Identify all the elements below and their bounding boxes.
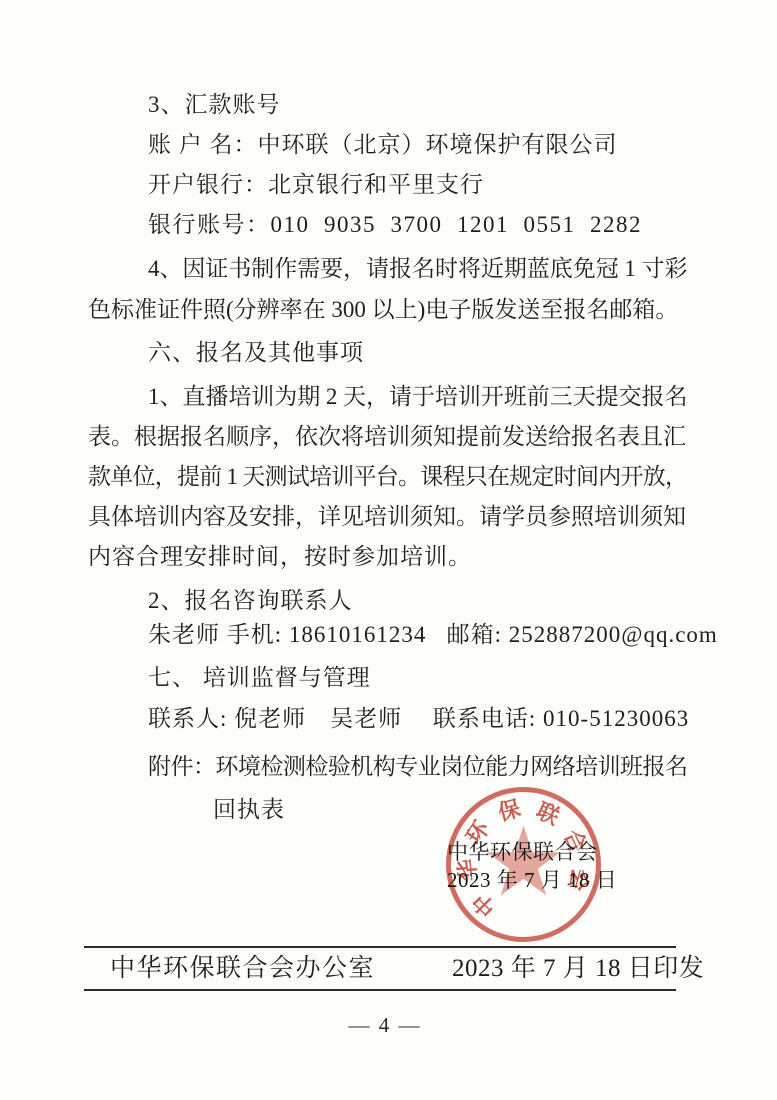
training-para-line-5: 内容合理安排时间，按时参加培训。 bbox=[88, 542, 472, 572]
footer-office-name: 中华环保联合会办公室 bbox=[110, 953, 375, 985]
attachment-line-1: 附件：环境检测检验机构专业岗位能力网络培训班报名 bbox=[148, 752, 688, 782]
bank-branch-line: 开户银行：北京银行和平里支行 bbox=[148, 170, 484, 200]
training-para-line-4: 具体培训内容及安排，详见培训须知。请学员参照培训须知 bbox=[88, 502, 688, 532]
training-para-line-3: 款单位，提前 1 天测试培训平台。课程只在规定时间内开放， bbox=[88, 462, 688, 492]
heading-section-six: 六、报名及其他事项 bbox=[148, 338, 364, 368]
footer-rule-bottom bbox=[84, 989, 676, 991]
heading-registration-contact: 2、报名咨询联系人 bbox=[148, 586, 353, 616]
contact-info-line: 朱老师 手机: 18610161234 邮箱: 252887200@qq.com bbox=[148, 620, 718, 650]
page-number: — 4 — bbox=[0, 1013, 770, 1038]
heading-section-seven: 七、 培训监督与管理 bbox=[148, 663, 371, 693]
attachment-line-2: 回执表 bbox=[213, 795, 285, 825]
photo-requirement-line-2: 色标准证件照(分辨率在 300 以上)电子版发送至报名邮箱。 bbox=[88, 295, 688, 325]
training-para-line-2: 表。根据报名顺序，依次将培训须知提前发送给报名表且汇 bbox=[88, 422, 688, 452]
document-page: 3、汇款账号 账 户 名：中环联（北京）环境保护有限公司 开户银行：北京银行和平… bbox=[0, 0, 777, 1100]
account-name-line: 账 户 名：中环联（北京）环境保护有限公司 bbox=[148, 130, 618, 160]
issuer-organization: 中华环保联合会 bbox=[447, 839, 598, 866]
bank-account-number-line: 银行账号：010 9035 3700 1201 0551 2282 bbox=[148, 210, 642, 240]
supervision-contact-line: 联系人: 倪老师 吴老师 联系电话: 010-51230063 bbox=[148, 704, 689, 734]
footer-print-date: 2023 年 7 月 18 日印发 bbox=[452, 953, 704, 985]
photo-requirement-line-1: 4、因证书制作需要，请报名时将近期蓝底免冠 1 寸彩 bbox=[148, 254, 688, 284]
training-para-line-1: 1、直播培训为期 2 天，请于培训开班前三天提交报名 bbox=[148, 382, 688, 412]
heading-remittance-account: 3、汇款账号 bbox=[148, 90, 281, 120]
issue-date: 2023 年 7 月 18 日 bbox=[447, 867, 617, 894]
footer-rule-top bbox=[84, 946, 676, 948]
